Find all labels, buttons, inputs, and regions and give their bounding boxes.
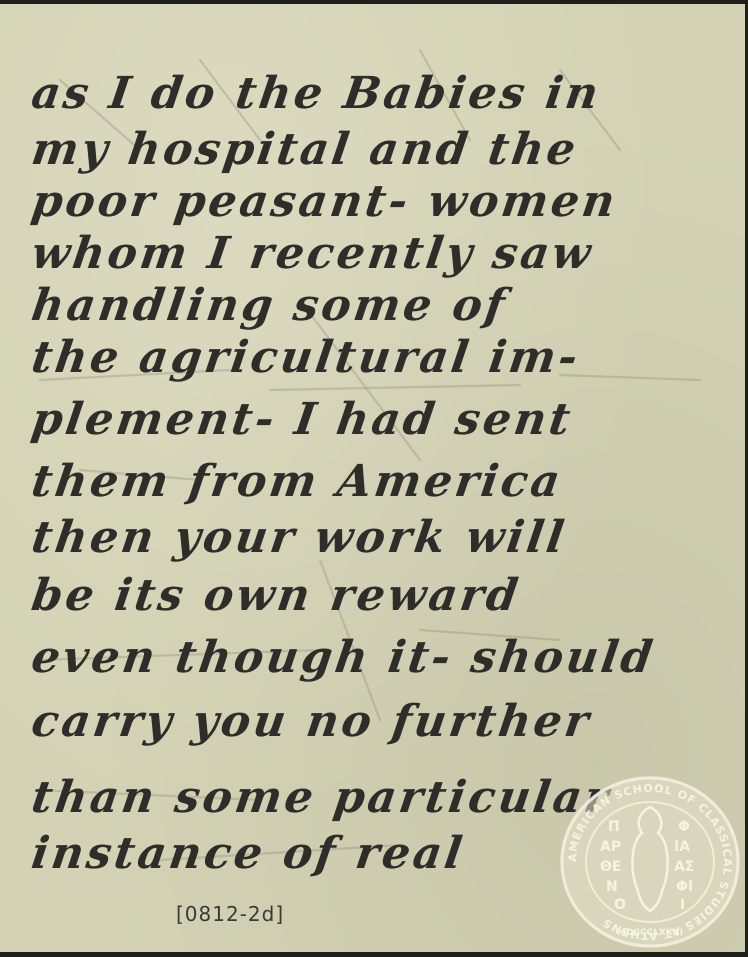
handwritten-line: whom I recently saw [29,232,596,276]
handwritten-line: then your work will [29,516,569,560]
handwritten-line: be its own reward [29,574,523,618]
handwritten-line: them from America [29,460,566,504]
handwritten-line: my hospital and the [29,128,581,172]
handwritten-line: poor peasant- women [29,180,620,224]
seal-letter: ΑΡ [600,839,621,855]
seal-letter: Ι [680,897,685,913]
scan-border-bottom [0,952,748,957]
handwritten-line: instance of real [29,832,468,876]
seal-letter: ΑΣ [674,859,694,875]
handwritten-line: than some particular [29,776,614,820]
handwritten-line: carry you no further [29,700,594,744]
seal-letter: Ν [606,879,618,895]
seal-letter: ΘΕ [600,859,621,875]
archive-reference-label: [0812-2d] [176,902,284,926]
seal-year: MDCCCLXXXI [617,928,683,938]
embossed-seal-icon: AMERICAN SCHOOL OF CLASSICAL STUDIES AT … [558,773,742,951]
handwritten-line: plement- I had sent [29,398,576,442]
handwritten-line: even though it- should [29,636,658,680]
handwritten-line: handling some of [29,284,510,328]
scan-border-top [0,0,748,4]
letter-page: as I do the Babies in my hospital and th… [0,0,748,957]
handwritten-line: the agricultural im- [29,336,583,380]
seal-letter: Π [608,819,620,835]
seal-letter: Φ [678,819,690,835]
seal-letter: Ο [614,897,626,913]
seal-letter: ΙΑ [674,839,690,855]
seal-letter: ΦΙ [676,879,693,895]
handwritten-line: as I do the Babies in [29,72,604,116]
